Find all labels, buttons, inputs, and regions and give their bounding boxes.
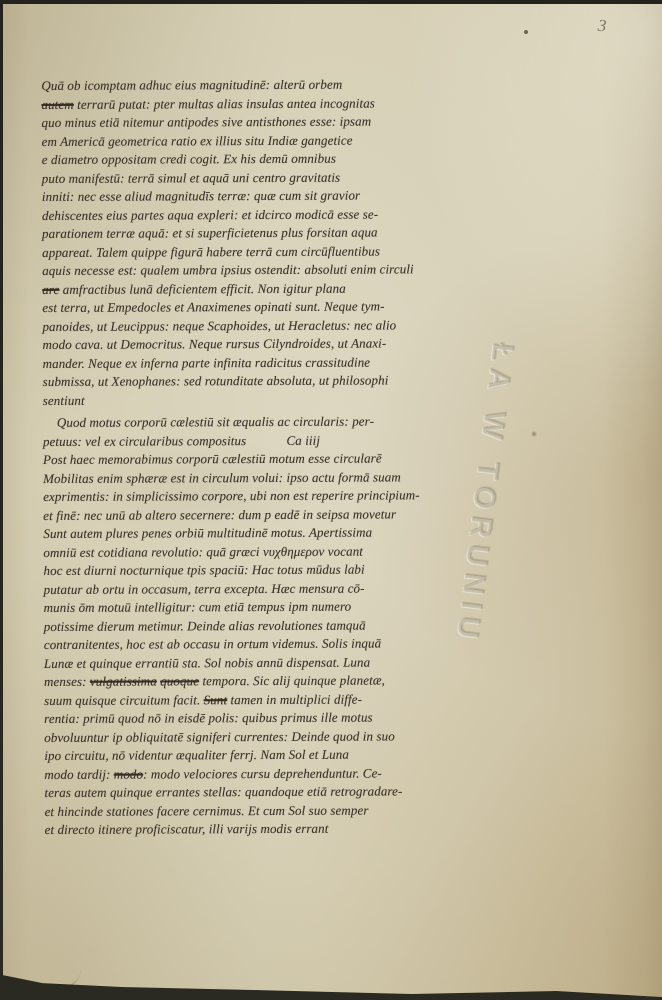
line-segment: e diametro oppositam credi cogit. Ex his… — [42, 151, 336, 167]
ink-speck — [524, 30, 528, 34]
line-segment: ipo circuitu, nō videntur æqualiter ferr… — [44, 747, 349, 763]
manuscript-line: Post haec memorabimus corporū cælestiū m… — [43, 449, 495, 469]
line-segment: potissime dierum metimur. Deinde alias r… — [44, 617, 366, 633]
manuscript-line: e diametro oppositam credi cogit. Ex his… — [42, 149, 494, 169]
line-segment: modo tardij: — [44, 766, 114, 781]
manuscript-line: arc amfractibus lunā deficientem efficit… — [42, 279, 494, 299]
manuscript-line: hoc est diurni nocturnique tpis spaciū: … — [43, 560, 495, 580]
line-segment: obvoluuntur ip obliquitatē signiferi cur… — [44, 728, 395, 745]
manuscript-line: appareat. Talem quippe figurā habere ter… — [42, 242, 494, 262]
line-segment: modo cava. ut Democritus. Neque rursus C… — [42, 335, 386, 352]
manuscript-line: putatur ab ortu in occasum, terra except… — [44, 579, 496, 599]
manuscript-line: est terra, ut Empedocles et Anaximenes o… — [42, 297, 494, 317]
line-segment: omniū est cotidiana revolutio: quā græci… — [43, 543, 363, 559]
parchment-page: 3 ŁA W TORUNIU Quā ob icomptam adhuc eiu… — [3, 4, 662, 1000]
manuscript-text-block: Quā ob icomptam adhuc eius magnitudinē: … — [41, 75, 496, 839]
line-segment: Lunæ et quinque errantiū sta. Sol nobis … — [44, 654, 370, 670]
manuscript-line: quo minus etiā nitemur antipodes sive an… — [42, 112, 494, 132]
folio-number: 3 — [586, 15, 618, 41]
line-segment: Sunt autem plures penes orbiū multitudin… — [43, 525, 372, 541]
manuscript-line: contranitentes, hoc est ab occasu in ort… — [44, 634, 496, 654]
manuscript-line: munis ōm motuū intelligitur: cum etiā te… — [44, 597, 496, 617]
line-segment: hoc est diurni nocturnique tpis spaciū: … — [43, 562, 364, 578]
line-segment: rentia: primū quod nō in eisdē polis: qu… — [44, 710, 373, 726]
manuscript-line: modo tardij: modo: modo velociores cursu… — [44, 764, 496, 784]
line-segment: appareat. Talem quippe figurā habere ter… — [42, 243, 380, 259]
line-segment: Quod motus corporū cælestiū sit æqualis … — [57, 414, 374, 430]
line-segment: et directo itinere proficiscatur, illi v… — [45, 821, 329, 837]
manuscript-line: Mobilitas enim sphæræ est in circulum vo… — [43, 468, 495, 488]
manuscript-line: et hincinde stationes facere cernimus. E… — [45, 801, 497, 821]
line-segment: sentiunt — [43, 392, 85, 407]
manuscript-line: em Americā geometrica ratio ex illius si… — [42, 131, 494, 151]
line-segment: exprimentis: in simplicissimo corpore, u… — [43, 487, 420, 504]
manuscript-line: puto manifestū: terrā simul et aquā uni … — [42, 168, 494, 188]
manuscript-line: Sunt autem plures penes orbiū multitudin… — [43, 523, 495, 543]
manuscript-line: parationem terræ aquā: et si superficiet… — [42, 223, 494, 243]
manuscript-line: autem terrarū putat: pter multas alias i… — [41, 94, 493, 114]
manuscript-line: modo cava. ut Democritus. Neque rursus C… — [42, 334, 494, 354]
line-segment: aquis necesse est: qualem umbra ipsius o… — [42, 261, 414, 278]
line-segment: : modo velociores cursu deprehenduntur. … — [143, 765, 382, 781]
manuscript-line: Lunæ et quinque errantiū sta. Sol nobis … — [44, 653, 496, 673]
line-segment: mander. Neque ex inferna parte infinita … — [43, 354, 371, 370]
manuscript-line: menses: vulgatissima quoque tempora. Sic… — [44, 671, 496, 691]
line-segment: Post haec memorabimus corporū cælestiū m… — [43, 451, 382, 467]
manuscript-line: inniti: nec esse aliud magnitudīs terræ:… — [42, 186, 494, 206]
manuscript-line: sentiunt — [43, 390, 495, 410]
line-segment: et hincinde stationes facere cernimus. E… — [45, 802, 369, 818]
manuscript-line: omniū est cotidiana revolutio: quā græci… — [43, 542, 495, 562]
line-segment: et finē: nec unū ab altero secernere: du… — [43, 506, 396, 523]
line-segment: teras autem quinque errantes stellas: qu… — [44, 783, 402, 800]
line-segment: tempora. Sic alij quinque planetæ, — [199, 672, 385, 688]
line-segment: amfractibus lunā deficientem efficit. No… — [59, 280, 345, 296]
line-segment: est terra, ut Empedocles et Anaximenes o… — [42, 298, 384, 314]
manuscript-photo: 3 ŁA W TORUNIU Quā ob icomptam adhuc eiu… — [0, 0, 662, 1000]
manuscript-line: exprimentis: in simplicissimo corpore, u… — [43, 486, 495, 506]
manuscript-line: aquis necesse est: qualem umbra ipsius o… — [42, 260, 494, 280]
manuscript-line: panoides, ut Leucippus: neque Scaphoides… — [42, 316, 494, 336]
line-segment: munis ōm motuū intelligitur: cum etiā te… — [44, 599, 352, 615]
struck-word: vulgatissima — [90, 673, 157, 688]
stain-spot — [531, 431, 537, 437]
line-segment: contranitentes, hoc est ab occasu in ort… — [44, 636, 381, 652]
manuscript-line: dehiscentes eius partes aqua expleri: et… — [42, 205, 494, 225]
line-segment: panoides, ut Leucippus: neque Scaphoides… — [42, 317, 396, 334]
struck-word: Sunt — [204, 692, 228, 707]
line-segment: inniti: nec esse aliud magnitudīs terræ:… — [42, 188, 360, 204]
manuscript-line: et finē: nec unū ab altero secernere: du… — [43, 505, 495, 525]
line-segment: suum quisque circuitum facit. — [44, 692, 204, 708]
line-segment: putatur ab ortu in occasum, terra except… — [44, 580, 365, 596]
manuscript-line: teras autem quinque errantes stellas: qu… — [44, 782, 496, 802]
manuscript-line: obvoluuntur ip obliquitatē signiferi cur… — [44, 727, 496, 747]
line-segment: terrarū putat: pter multas alias insulas… — [74, 95, 375, 111]
struck-word: quoque — [160, 673, 199, 688]
line-segment: petuus: vel ex circularibus compositus C… — [43, 432, 320, 448]
manuscript-line: suum quisque circuitum facit. Sunt tamen… — [44, 690, 496, 710]
manuscript-line: et directo itinere proficiscatur, illi v… — [45, 819, 497, 839]
line-segment: em Americā geometrica ratio ex illius si… — [42, 132, 353, 148]
struck-word: arc — [42, 281, 59, 296]
struck-word: autem — [41, 96, 73, 111]
line-segment: puto manifestū: terrā simul et aquā uni … — [42, 169, 340, 185]
manuscript-line: submissa, ut Xenophanes: sed rotunditate… — [43, 371, 495, 391]
manuscript-line: mander. Neque ex inferna parte infinita … — [43, 353, 495, 373]
manuscript-line: Quod motus corporū cælestiū sit æqualis … — [43, 412, 495, 432]
line-segment: dehiscentes eius partes aqua expleri: et… — [42, 206, 378, 222]
manuscript-line: potissime dierum metimur. Deinde alias r… — [44, 616, 496, 636]
line-segment: Mobilitas enim sphæræ est in circulum vo… — [43, 469, 401, 486]
struck-word: modo — [114, 766, 143, 781]
manuscript-line: ipo circuitu, nō videntur æqualiter ferr… — [44, 745, 496, 765]
manuscript-line: rentia: primū quod nō in eisdē polis: qu… — [44, 708, 496, 728]
manuscript-line: petuus: vel ex circularibus compositus C… — [43, 431, 495, 451]
page-corner-curve — [0, 970, 81, 998]
line-segment: submissa, ut Xenophanes: sed rotunditate… — [43, 372, 389, 389]
line-segment: menses: — [44, 674, 90, 689]
manuscript-line: Quā ob icomptam adhuc eius magnitudinē: … — [41, 75, 493, 95]
line-segment: tamen in multiplici diffe- — [227, 691, 362, 707]
line-segment: parationem terræ aquā: et si superficiet… — [42, 225, 378, 241]
line-segment: quo minus etiā nitemur antipodes sive an… — [42, 114, 372, 130]
line-segment: Quā ob icomptam adhuc eius magnitudinē: … — [41, 77, 342, 93]
